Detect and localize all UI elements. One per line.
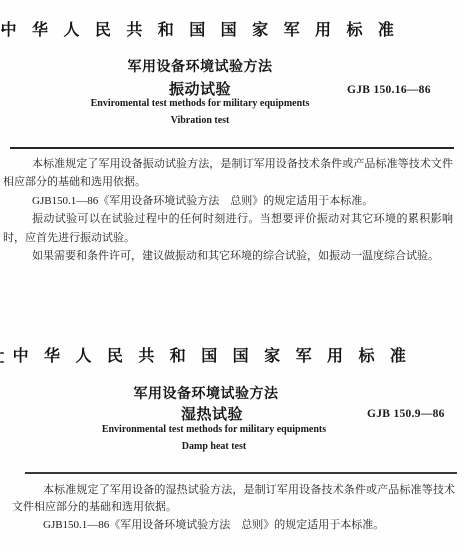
body-paragraph: 振动试验可以在试验过程中的任何时刻进行。当想要评价振动对其它环境的累积影响时，应… bbox=[3, 210, 453, 247]
standard-title-cn: 军用设备环境试验方法 bbox=[0, 56, 400, 76]
standard-subtitle-en: Damp heat test bbox=[0, 441, 428, 452]
standard-number: GJB 150.9—86 bbox=[367, 408, 445, 420]
standard-title-cn: 军用设备环境试验方法 bbox=[0, 383, 412, 403]
divider-rule bbox=[10, 147, 454, 149]
standard-title-en: Enviromental test methods for military e… bbox=[0, 98, 400, 109]
body-paragraph: 如果需要和条件许可，建议做振动和其它环境的综合试验，如振动一温度综合试验。 bbox=[3, 247, 453, 265]
standard-subtitle-en: Vibration test bbox=[0, 115, 400, 126]
scanned-standard-page: 中 华 人 民 共 和 国 国 家 军 用 标 准 军用设备环境试验方法 振动试… bbox=[0, 0, 465, 552]
body-paragraph: 本标准规定了军用设备的湿热试验方法，是制订军用设备技术条件或产品标准等技术文件相… bbox=[12, 482, 455, 517]
org-title: 中 华 人 民 共 和 国 国 家 军 用 标 准 bbox=[0, 343, 424, 366]
standard-subtitle-cn: 振动试验 bbox=[0, 78, 400, 99]
standard-subtitle-cn: 湿热试验 bbox=[0, 403, 424, 424]
body-paragraph: 本标准规定了军用设备振动试验方法，是制订军用设备技术条件或产品标准等技术文件相应… bbox=[3, 155, 453, 192]
org-title: 中 华 人 民 共 和 国 国 家 军 用 标 准 bbox=[0, 17, 400, 40]
standard-title-en: Environmental test methods for military … bbox=[0, 424, 428, 435]
standard-number: GJB 150.16—86 bbox=[347, 84, 431, 96]
body-paragraph: GJB150.1—86《军用设备环境试验方法 总则》的规定适用于本标准。 bbox=[3, 192, 453, 210]
body-paragraph: GJB150.1—86《军用设备环境试验方法 总则》的规定适用于本标准。 bbox=[12, 517, 455, 534]
divider-rule bbox=[25, 472, 457, 474]
body-text: 本标准规定了军用设备振动试验方法，是制订军用设备技术条件或产品标准等技术文件相应… bbox=[3, 155, 453, 265]
body-text: 本标准规定了军用设备的湿热试验方法，是制订军用设备技术条件或产品标准等技术文件相… bbox=[12, 482, 455, 534]
